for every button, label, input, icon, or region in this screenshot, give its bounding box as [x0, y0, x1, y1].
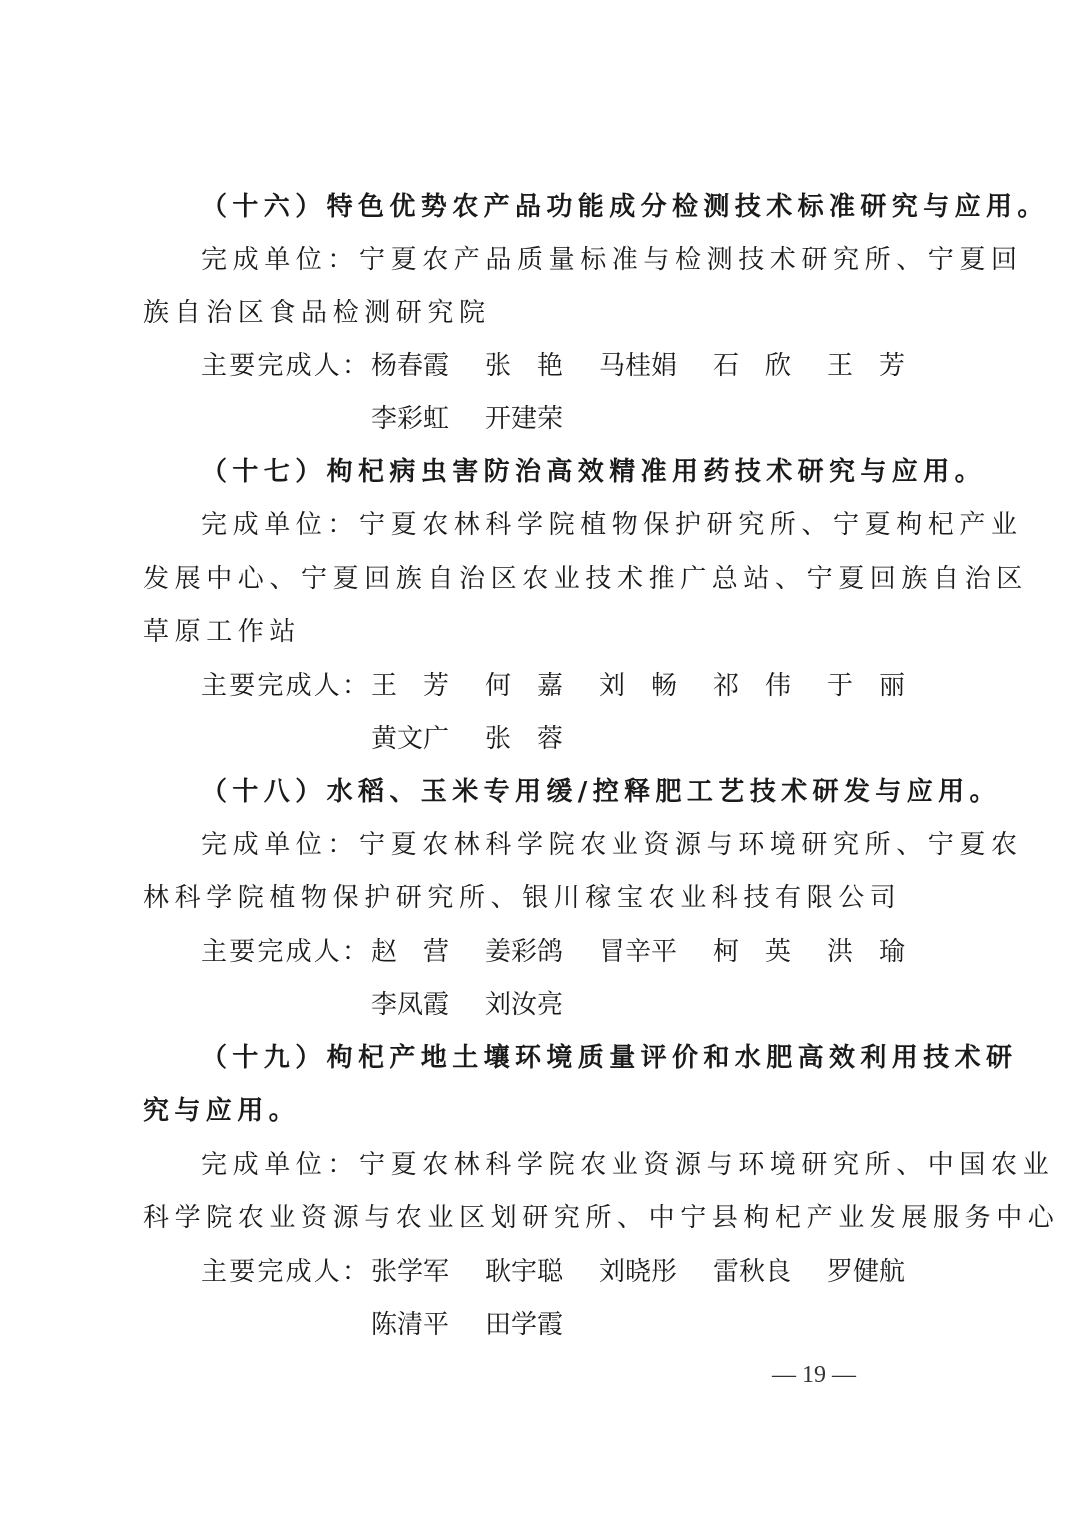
- section-18-units-line2: 林科学院植物保护研究所、银川稼宝农业科技有限公司: [143, 883, 938, 913]
- person-name: 刘晓彤: [599, 1257, 713, 1287]
- person-name: 柯 英: [713, 937, 827, 967]
- person-name: 开建荣: [485, 404, 599, 434]
- person-name: 何 嘉: [485, 671, 599, 701]
- person-name: 耿宇聪: [485, 1257, 599, 1287]
- section-17-title: （十七）枸杞病虫害防治高效精准用药技术研究与应用。: [201, 457, 996, 487]
- section-19-units-line2: 科学院农业资源与农业区划研究所、中宁县枸杞产业发展服务中心: [143, 1203, 938, 1233]
- person-name: 祁 伟: [713, 671, 827, 701]
- people-label: 主要完成人：: [201, 671, 371, 701]
- section-16-units-line2: 族自治区食品检测研究院: [143, 298, 938, 328]
- section-18-title: （十八）水稻、玉米专用缓/控释肥工艺技术研发与应用。: [201, 777, 996, 807]
- section-18-people-row2: 李凤霞 刘汝亮: [371, 990, 599, 1020]
- person-name: 罗健航: [827, 1257, 941, 1287]
- person-name: 王 芳: [827, 351, 941, 381]
- page-number: — 19 —: [772, 1362, 856, 1388]
- people-label: 主要完成人：: [201, 937, 371, 967]
- people-label: 主要完成人：: [201, 1257, 371, 1287]
- person-name: 李彩虹: [371, 404, 485, 434]
- section-19-title-line1: （十九）枸杞产地土壤环境质量评价和水肥高效利用技术研: [201, 1043, 996, 1073]
- section-17-units-line1: 完成单位：宁夏农林科学院植物保护研究所、宁夏枸杞产业: [201, 510, 996, 540]
- person-name: 刘汝亮: [485, 990, 599, 1020]
- section-19-people-row1: 主要完成人： 张学军 耿宇聪 刘晓彤 雷秋良 罗健航: [201, 1257, 941, 1287]
- section-16-people-row1: 主要完成人： 杨春霞 张 艳 马桂娟 石 欣 王 芳: [201, 351, 941, 381]
- person-name: 雷秋良: [713, 1257, 827, 1287]
- section-16-people-row2: 李彩虹 开建荣: [371, 404, 599, 434]
- section-18-units-line1: 完成单位：宁夏农林科学院农业资源与环境研究所、宁夏农: [201, 830, 996, 860]
- section-19-units-line1: 完成单位：宁夏农林科学院农业资源与环境研究所、中国农业: [201, 1150, 996, 1180]
- person-name: 洪 瑜: [827, 937, 941, 967]
- section-16-title: （十六）特色优势农产品功能成分检测技术标准研究与应用。: [201, 192, 996, 222]
- person-name: 赵 营: [371, 937, 485, 967]
- person-name: 冒辛平: [599, 937, 713, 967]
- person-name: 于 丽: [827, 671, 941, 701]
- person-name: 刘 畅: [599, 671, 713, 701]
- section-17-units-line2: 发展中心、宁夏回族自治区农业技术推广总站、宁夏回族自治区: [143, 564, 938, 594]
- person-name: 张 艳: [485, 351, 599, 381]
- person-name: 杨春霞: [371, 351, 485, 381]
- person-name: 姜彩鸽: [485, 937, 599, 967]
- section-19-title-line2: 究与应用。: [143, 1096, 938, 1126]
- section-17-people-row1: 主要完成人： 王 芳 何 嘉 刘 畅 祁 伟 于 丽: [201, 671, 941, 701]
- person-name: 马桂娟: [599, 351, 713, 381]
- section-18-people-row1: 主要完成人： 赵 营 姜彩鸽 冒辛平 柯 英 洪 瑜: [201, 937, 941, 967]
- section-19-people-row2: 陈清平 田学霞: [371, 1310, 599, 1340]
- person-name: 石 欣: [713, 351, 827, 381]
- people-label: 主要完成人：: [201, 351, 371, 381]
- person-name: 张学军: [371, 1257, 485, 1287]
- document-page: （十六）特色优势农产品功能成分检测技术标准研究与应用。 完成单位：宁夏农产品质量…: [0, 0, 1080, 1527]
- person-name: 黄文广: [371, 724, 485, 754]
- section-16-units-line1: 完成单位：宁夏农产品质量标准与检测技术研究所、宁夏回: [201, 245, 996, 275]
- section-17-units-line3: 草原工作站: [143, 617, 938, 647]
- person-name: 田学霞: [485, 1310, 599, 1340]
- person-name: 李凤霞: [371, 990, 485, 1020]
- person-name: 王 芳: [371, 671, 485, 701]
- person-name: 张 蓉: [485, 724, 599, 754]
- person-name: 陈清平: [371, 1310, 485, 1340]
- section-17-people-row2: 黄文广 张 蓉: [371, 724, 599, 754]
